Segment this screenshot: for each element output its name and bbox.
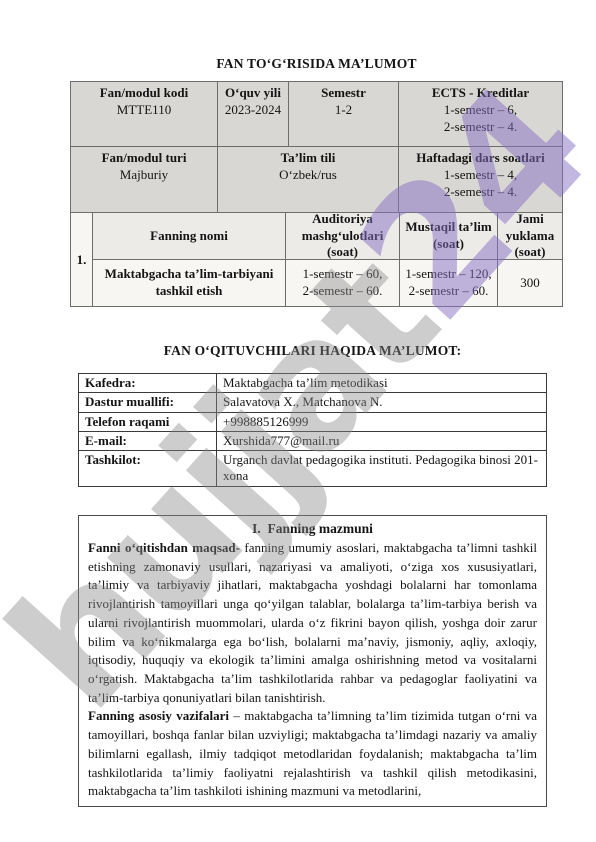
row-value-email: Xurshida777@mail.ru <box>217 432 546 450</box>
row-value-author: Salavatova X., Matchanova N. <box>217 393 546 411</box>
cell-label: Oʻquv yili <box>222 85 284 102</box>
cell-value: 1-2 <box>293 102 394 119</box>
cell-value: Majburiy <box>75 167 213 184</box>
cell-value: 1-semestr – 6, 2-semestr – 4. <box>403 102 558 136</box>
header-course-name: Fanning nomi <box>93 213 286 260</box>
row-value-organization: Urganch davlat pedagogika instituti. Ped… <box>217 451 546 486</box>
value-course-name: Maktabgacha ta’lim-tarbiyani tashkil eti… <box>93 260 286 306</box>
table-row: Kafedra: Maktabgacha ta’lim metodikasi <box>79 374 546 393</box>
table-row: Fan/modul kodi MTTE110 Oʻquv yili 2023-2… <box>71 82 562 147</box>
cell-label: Ta’lim tili <box>222 150 394 167</box>
course-info-section: FAN TOʻGʻRISIDA MA’LUMOT Fan/modul kodi … <box>70 56 563 307</box>
teachers-info-table: Kafedra: Maktabgacha ta’lim metodikasi D… <box>78 373 547 487</box>
header-total-load: Jami yuklama (soat) <box>498 213 562 260</box>
table-header-row: Fanning nomi Auditoriya mashgʻulotlari (… <box>93 213 562 260</box>
cell-module-type: Fan/modul turi Majburiy <box>71 147 218 213</box>
teachers-info-section: FAN OʻQITUVCHILARI HAQIDA MA’LUMOT: Kafe… <box>78 343 547 807</box>
value-total-load: 300 <box>498 260 562 306</box>
cell-value: Oʻzbek/rus <box>222 167 394 184</box>
teachers-info-title: FAN OʻQITUVCHILARI HAQIDA MA’LUMOT: <box>78 343 547 359</box>
course-info-title: FAN TOʻGʻRISIDA MA’LUMOT <box>70 56 563 72</box>
cell-semester: Semestr 1-2 <box>289 82 399 147</box>
cell-row-number: 1. <box>71 213 93 306</box>
table-row: Tashkilot: Urganch davlat pedagogika ins… <box>79 451 546 486</box>
cell-ects-credits: ECTS - Kreditlar 1-semestr – 6, 2-semest… <box>399 82 562 147</box>
cell-module-code: Fan/modul kodi MTTE110 <box>71 82 218 147</box>
cell-academic-year: Oʻquv yili 2023-2024 <box>218 82 289 147</box>
document-page: hujjat24 FAN TOʻGʻRISIDA MA’LUMOT Fan/mo… <box>0 0 596 842</box>
paragraph-course-tasks: Fanning asosiy vazifalari – maktabgacha … <box>88 707 537 801</box>
cell-value: 2023-2024 <box>222 102 284 119</box>
paragraph-lead: Fanni oʻqitishdan maqsad- <box>88 540 240 555</box>
cell-label: Semestr <box>293 85 394 102</box>
header-independent-study: Mustaqil ta’lim (soat) <box>400 213 498 260</box>
table-row: 1. Fanning nomi Auditoriya mashgʻulotlar… <box>71 213 562 306</box>
paragraph-text: fanning umumiy asoslari, maktabgacha ta’… <box>88 540 537 705</box>
value-auditorium-hours: 1-semestr – 60, 2-semestr – 60. <box>286 260 400 306</box>
cell-label: Fan/modul kodi <box>75 85 213 102</box>
value-independent-study: 1-semestr – 120, 2-semestr – 60. <box>400 260 498 306</box>
cell-label: Haftadagi dars soatlari <box>403 150 558 167</box>
course-content-box: I. Fanning mazmuni Fanni oʻqitishdan maq… <box>78 515 547 808</box>
cell-weekly-hours: Haftadagi dars soatlari 1-semestr – 4, 2… <box>399 147 562 213</box>
row-value-phone: +998885126999 <box>217 413 546 431</box>
cell-value: MTTE110 <box>75 102 213 119</box>
cell-language: Ta’lim tili Oʻzbek/rus <box>218 147 399 213</box>
table-row: Fan/modul turi Majburiy Ta’lim tili Oʻzb… <box>71 147 562 213</box>
cell-label: Fan/modul turi <box>75 150 213 167</box>
row-label-department: Kafedra: <box>79 374 217 392</box>
cell-label: ECTS - Kreditlar <box>403 85 558 102</box>
paragraph-lead: Fanning asosiy vazifalari <box>88 708 229 723</box>
paragraph-course-aim: Fanni oʻqitishdan maqsad- fanning umumiy… <box>88 539 537 707</box>
cell-value: 1-semestr – 4, 2-semestr – 4. <box>403 167 558 201</box>
course-row-columns: Fanning nomi Auditoriya mashgʻulotlari (… <box>93 213 562 306</box>
course-info-table: Fan/modul kodi MTTE110 Oʻquv yili 2023-2… <box>70 81 563 307</box>
row-label-phone: Telefon raqami <box>79 413 217 431</box>
header-auditorium-hours: Auditoriya mashgʻulotlari (soat) <box>286 213 400 260</box>
row-value-department: Maktabgacha ta’lim metodikasi <box>217 374 546 392</box>
table-row: Telefon raqami +998885126999 <box>79 413 546 432</box>
table-row: E-mail: Xurshida777@mail.ru <box>79 432 546 451</box>
table-data-row: Maktabgacha ta’lim-tarbiyani tashkil eti… <box>93 260 562 306</box>
row-label-organization: Tashkilot: <box>79 451 217 486</box>
table-row: Dastur muallifi: Salavatova X., Matchano… <box>79 393 546 412</box>
content-heading: I. Fanning mazmuni <box>88 519 537 538</box>
row-label-email: E-mail: <box>79 432 217 450</box>
row-label-author: Dastur muallifi: <box>79 393 217 411</box>
